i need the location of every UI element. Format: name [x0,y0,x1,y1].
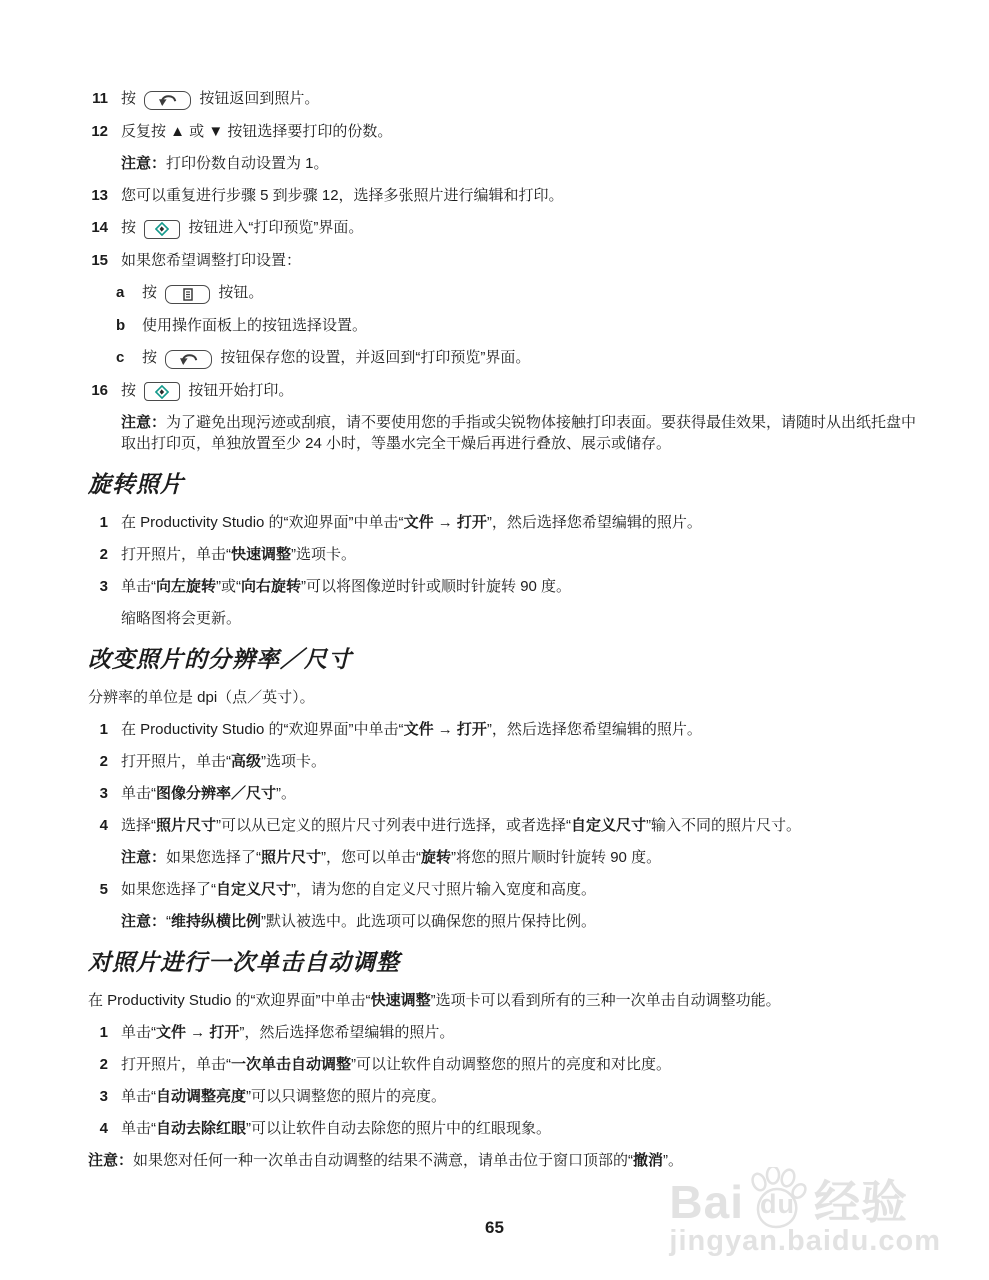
step-text: 缩略图将会更新。 [121,608,241,629]
step-number: 3 [88,783,108,804]
step-text: 选择“照片尺寸”可以从已定义的照片尺寸列表中进行选择，或者选择“自定义尺寸”输入… [121,815,801,836]
baidu-watermark: Bai du 经验 jingyan.baidu.com [669,1167,941,1252]
step-text: 打开照片，单击“一次单击自动调整”可以让软件自动调整您的照片的亮度和对比度。 [121,1054,671,1075]
baidu-logo-text-du: du [760,1191,795,1218]
step-item: 11按 按钮返回到照片。 [88,88,931,110]
baidu-paw-icon: du [746,1167,808,1229]
step-number: 3 [88,576,108,597]
step-item: c按 按钮保存您的设置，并返回到“打印预览”界面。 [116,347,931,369]
section-heading: 对照片进行一次单击自动调整 [88,948,931,976]
step-number: 12 [88,121,108,142]
start-diamond-icon [144,220,180,239]
step-number: 2 [88,1054,108,1075]
baidu-logo: Bai du 经验 [669,1167,941,1225]
step-text: 按 按钮开始打印。 [121,380,293,402]
back-arrow-icon [144,91,191,110]
paragraph: 分辨率的单位是 dpi（点／英寸）。 [88,687,931,708]
step-text: 单击“文件 → 打开”，然后选择您希望编辑的照片。 [121,1022,454,1043]
paragraph: 注意：为了避免出现污迹或刮痕，请不要使用您的手指或尖锐物体接触打印表面。要获得最… [121,412,931,454]
step-number: 11 [88,88,108,110]
step-item: 5如果您选择了“自定义尺寸”，请为您的自定义尺寸照片输入宽度和高度。 [88,879,931,900]
step-text: 反复按 ▲ 或 ▼ 按钮选择要打印的份数。 [121,121,392,142]
manual-page: 11按 按钮返回到照片。12反复按 ▲ 或 ▼ 按钮选择要打印的份数。注意：打印… [0,0,989,1280]
step-text: 分辨率的单位是 dpi（点／英寸）。 [88,687,315,708]
paragraph: 注意：打印份数自动设置为 1。 [121,153,931,174]
step-number: 1 [88,1022,108,1043]
step-number: 15 [88,250,108,271]
step-text: 按 按钮保存您的设置，并返回到“打印预览”界面。 [142,347,530,369]
step-number: 2 [88,544,108,565]
step-item: 12反复按 ▲ 或 ▼ 按钮选择要打印的份数。 [88,121,931,142]
step-number: c [116,347,129,369]
step-number: 2 [88,751,108,772]
step-item: 1单击“文件 → 打开”，然后选择您希望编辑的照片。 [88,1022,931,1043]
baidu-logo-text-right: 经验 [814,1179,908,1225]
step-item: 2打开照片，单击“快速调整”选项卡。 [88,544,931,565]
section-heading: 改变照片的分辨率／尺寸 [88,645,931,673]
paragraph: 注意：“维持纵横比例”默认被选中。此选项可以确保您的照片保持比例。 [121,911,931,932]
baidu-watermark-url: jingyan.baidu.com [669,1231,941,1252]
step-number: 3 [88,1086,108,1107]
step-text: 您可以重复进行步骤 5 到步骤 12，选择多张照片进行编辑和打印。 [121,185,564,206]
step-number: 13 [88,185,108,206]
step-number: b [116,315,129,336]
step-number: 4 [88,815,108,836]
step-text: 在 Productivity Studio 的“欢迎界面”中单击“文件 → 打开… [121,512,702,533]
step-item: 2打开照片，单击“高级”选项卡。 [88,751,931,772]
step-item: b使用操作面板上的按钮选择设置。 [116,315,931,336]
step-text: 单击“向左旋转”或“向右旋转”可以将图像逆时针或顺时针旋转 90 度。 [121,576,571,597]
step-number: 1 [88,719,108,740]
start-diamond-icon [144,382,180,401]
step-text: 如果您希望调整打印设置： [121,250,301,271]
step-text: 注意：打印份数自动设置为 1。 [121,153,329,174]
paragraph: 缩略图将会更新。 [121,608,931,629]
step-text: 单击“自动调整亮度”可以只调整您的照片的亮度。 [121,1086,446,1107]
step-text: 单击“图像分辨率／尺寸”。 [121,783,296,804]
step-text: 按 按钮进入“打印预览”界面。 [121,217,363,239]
step-number: 5 [88,879,108,900]
step-text: 在 Productivity Studio 的“欢迎界面”中单击“文件 → 打开… [121,719,702,740]
back-arrow-icon [165,350,212,369]
step-number: a [116,282,129,304]
step-item: 3单击“图像分辨率／尺寸”。 [88,783,931,804]
step-item: 2打开照片，单击“一次单击自动调整”可以让软件自动调整您的照片的亮度和对比度。 [88,1054,931,1075]
step-text: 打开照片，单击“高级”选项卡。 [121,751,326,772]
section-heading: 旋转照片 [88,470,931,498]
step-number: 1 [88,512,108,533]
step-text: 注意：如果您对任何一种一次单击自动调整的结果不满意，请单击位于窗口顶部的“撤消”… [88,1150,683,1171]
step-text: 按 按钮返回到照片。 [121,88,319,110]
step-item: 1在 Productivity Studio 的“欢迎界面”中单击“文件 → 打… [88,512,931,533]
paragraph: 注意：如果您选择了“照片尺寸”，您可以单击“旋转”将您的照片顺时针旋转 90 度… [121,847,931,868]
step-text: 按 按钮。 [142,282,263,304]
paragraph: 在 Productivity Studio 的“欢迎界面”中单击“快速调整”选项… [88,990,931,1011]
step-item: 3单击“向左旋转”或“向右旋转”可以将图像逆时针或顺时针旋转 90 度。 [88,576,931,597]
step-item: 4选择“照片尺寸”可以从已定义的照片尺寸列表中进行选择，或者选择“自定义尺寸”输… [88,815,931,836]
menu-icon [165,285,210,304]
step-item: 15如果您希望调整打印设置： [88,250,931,271]
step-text: 打开照片，单击“快速调整”选项卡。 [121,544,356,565]
step-text: 在 Productivity Studio 的“欢迎界面”中单击“快速调整”选项… [88,990,781,1011]
step-text: 如果您选择了“自定义尺寸”，请为您的自定义尺寸照片输入宽度和高度。 [121,879,596,900]
step-number: 14 [88,217,108,239]
step-item: 14按 按钮进入“打印预览”界面。 [88,217,931,239]
step-item: 16按 按钮开始打印。 [88,380,931,402]
step-text: 注意：“维持纵横比例”默认被选中。此选项可以确保您的照片保持比例。 [121,911,596,932]
step-text: 单击“自动去除红眼”可以让软件自动去除您的照片中的红眼现象。 [121,1118,551,1139]
step-item: 4单击“自动去除红眼”可以让软件自动去除您的照片中的红眼现象。 [88,1118,931,1139]
step-item: 1在 Productivity Studio 的“欢迎界面”中单击“文件 → 打… [88,719,931,740]
step-text: 使用操作面板上的按钮选择设置。 [142,315,367,336]
step-item: 3单击“自动调整亮度”可以只调整您的照片的亮度。 [88,1086,931,1107]
step-text: 注意：为了避免出现污迹或刮痕，请不要使用您的手指或尖锐物体接触打印表面。要获得最… [121,412,931,454]
step-number: 16 [88,380,108,402]
step-item: a按 按钮。 [116,282,931,304]
baidu-logo-text-left: Bai [669,1179,744,1225]
step-item: 13您可以重复进行步骤 5 到步骤 12，选择多张照片进行编辑和打印。 [88,185,931,206]
content: 11按 按钮返回到照片。12反复按 ▲ 或 ▼ 按钮选择要打印的份数。注意：打印… [88,88,931,1171]
step-number: 4 [88,1118,108,1139]
step-text: 注意：如果您选择了“照片尺寸”，您可以单击“旋转”将您的照片顺时针旋转 90 度… [121,847,661,868]
